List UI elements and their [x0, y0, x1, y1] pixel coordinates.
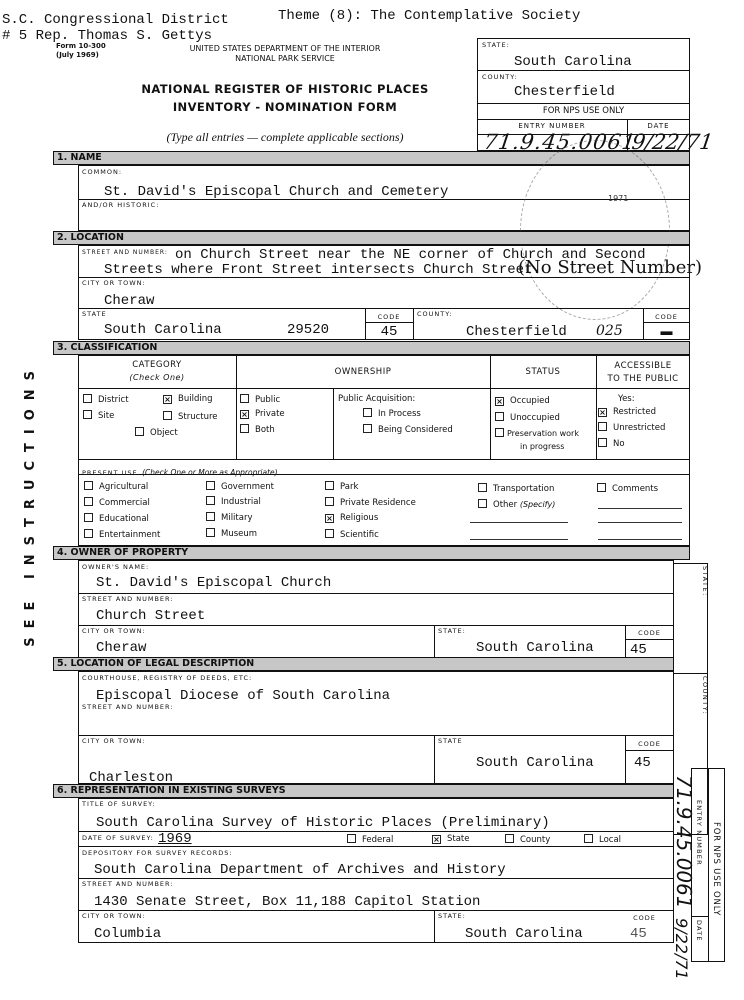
checkbox[interactable] [135, 427, 144, 436]
county-value: Chesterfield [466, 324, 567, 340]
owner-state-label: STATE: [438, 627, 466, 635]
checkbox[interactable] [84, 513, 93, 522]
city-value: Cheraw [104, 293, 154, 309]
nps-state-label: STATE: [482, 41, 510, 49]
owner-name-value: St. David's Episcopal Church [96, 575, 331, 591]
checkbox[interactable] [598, 438, 607, 447]
category-header: CATEGORY [78, 360, 236, 370]
use-agricultural-option[interactable]: Agricultural [84, 481, 148, 492]
use-entertainment-option[interactable]: Entertainment [84, 529, 160, 540]
county-code-struck: ▬ [643, 324, 690, 338]
form-title-line2: INVENTORY - NOMINATION FORM [110, 100, 460, 114]
present-use-label: PRESENT USE [82, 469, 138, 477]
checkbox-checked[interactable]: × [495, 397, 504, 406]
checkbox[interactable] [325, 529, 334, 538]
category-site-option[interactable]: Site [83, 410, 114, 421]
checkbox[interactable] [495, 428, 504, 437]
acquisition-being-considered-option[interactable]: Being Considered [363, 424, 453, 435]
checkbox[interactable] [584, 834, 593, 843]
depository-value: South Carolina Department of Archives an… [94, 862, 506, 878]
checkbox[interactable] [84, 529, 93, 538]
legal-code-label: CODE [625, 740, 674, 748]
checkbox[interactable] [347, 834, 356, 843]
nps-county-value: Chesterfield [514, 84, 615, 100]
margin-entry-number-handwritten: 71.9.45.0061 [672, 775, 696, 909]
accessible-unrestricted-option[interactable]: Unrestricted [598, 422, 665, 433]
nps-entry-number-label: ENTRY NUMBER [477, 122, 627, 130]
category-building-option[interactable]: ×Building [163, 394, 212, 404]
accessible-no-option[interactable]: No [598, 438, 625, 449]
accessible-yes-label: Yes: [618, 394, 635, 404]
depository-label: DEPOSITORY FOR SURVEY RECORDS: [82, 849, 233, 857]
accessible-header-2: TO THE PUBLIC [596, 374, 690, 384]
checkbox[interactable] [206, 528, 215, 537]
status-unoccupied-option[interactable]: Unoccupied [495, 412, 560, 423]
acquisition-in-process-option[interactable]: In Process [363, 408, 421, 419]
category-subheader: (Check One) [78, 373, 236, 382]
city-label: CITY OR TOWN: [82, 279, 146, 287]
legal-state-value: South Carolina [476, 755, 594, 771]
state-value: South Carolina [104, 322, 222, 338]
section-4-header: 4. OWNER OF PROPERTY [53, 546, 690, 560]
survey-state-value: South Carolina [465, 926, 583, 942]
category-district-option[interactable]: District [83, 394, 129, 405]
checkbox[interactable] [206, 496, 215, 505]
section-2-header: 2. LOCATION [53, 231, 690, 245]
checkbox[interactable] [598, 422, 607, 431]
street-handwritten-note: (No Street Number) [518, 257, 702, 278]
survey-federal-option[interactable]: Federal [347, 834, 393, 845]
status-header: STATUS [490, 367, 596, 377]
nps-county-label: COUNTY: [482, 73, 518, 81]
legal-city-label: CITY OR TOWN: [82, 737, 146, 745]
checkbox[interactable] [83, 410, 92, 419]
survey-state-option[interactable]: ×State [432, 834, 470, 844]
checkbox[interactable] [325, 497, 334, 506]
theme-annotation: Theme (8): The Contemplative Society [278, 8, 580, 24]
common-name-value: St. David's Episcopal Church and Cemeter… [104, 184, 448, 200]
ownership-both-option[interactable]: Both [240, 424, 275, 435]
checkbox[interactable] [84, 481, 93, 490]
present-use-heading: PRESENT USE (Check One or More as Approp… [82, 462, 278, 480]
public-acquisition-label: Public Acquisition: [338, 394, 415, 404]
street-number-label: STREET AND NUMBER: [82, 249, 168, 256]
checkbox[interactable] [363, 408, 372, 417]
survey-title-value: South Carolina Survey of Historic Places… [96, 815, 550, 831]
use-comments-option[interactable]: Comments [597, 483, 658, 494]
see-instructions-vertical: SEE INSTRUCTIONS [23, 362, 38, 647]
survey-code-value: 45 [630, 926, 647, 942]
owner-street-label: STREET AND NUMBER: [82, 595, 174, 603]
margin-nps-use-only-label: FOR NPS USE ONLY [711, 822, 721, 916]
section-5-header: 5. LOCATION OF LEGAL DESCRIPTION [53, 657, 674, 671]
nps-use-only-label: FOR NPS USE ONLY [477, 106, 690, 116]
form-instructions: (Type all entries — complete applicable … [110, 130, 460, 145]
use-private-residence-option[interactable]: Private Residence [325, 497, 416, 508]
nps-date-label: DATE [627, 122, 690, 130]
owner-code-value: 45 [630, 642, 647, 658]
checkbox[interactable] [163, 411, 172, 420]
checkbox[interactable] [84, 497, 93, 506]
use-scientific-option[interactable]: Scientific [325, 529, 379, 540]
status-preservation-line2: in progress [520, 442, 564, 451]
survey-state-label: STATE: [438, 912, 466, 920]
checkbox-checked[interactable]: × [598, 408, 607, 417]
category-object-option[interactable]: Object [135, 427, 178, 438]
use-government-option[interactable]: Government [206, 481, 274, 492]
legal-state-label: STATE [438, 737, 463, 745]
legal-code-value: 45 [634, 755, 651, 771]
survey-date-label: DATE OF SURVEY: [82, 834, 154, 842]
historic-name-label: AND/OR HISTORIC: [82, 201, 159, 209]
margin-date-handwritten: 9/22/71 [672, 918, 691, 980]
section-3-header: 3. CLASSIFICATION [53, 341, 690, 355]
street-line2-value: Streets where Front Street intersects Ch… [104, 262, 541, 278]
county-code-handwritten: 025 [596, 323, 623, 339]
survey-county-option[interactable]: County [505, 834, 550, 845]
checkbox-checked[interactable]: × [325, 514, 334, 523]
use-park-option[interactable]: Park [325, 481, 358, 492]
county-label: COUNTY: [417, 310, 453, 318]
status-occupied-option[interactable]: ×Occupied [495, 396, 550, 406]
checkbox[interactable] [478, 483, 487, 492]
checkbox-checked[interactable]: × [432, 835, 441, 844]
survey-local-option[interactable]: Local [584, 834, 621, 845]
checkbox[interactable] [505, 834, 514, 843]
checkbox[interactable] [597, 483, 606, 492]
state-code-value: 45 [365, 324, 413, 340]
form-number: Form 10-300 [56, 42, 106, 50]
checkbox[interactable] [83, 394, 92, 403]
courthouse-value: Episcopal Diocese of South Carolina [96, 688, 390, 704]
ownership-private-option[interactable]: ×Private [240, 409, 285, 419]
use-educational-option[interactable]: Educational [84, 513, 149, 524]
district-annotation-line1: S.C. Congressional District [2, 12, 229, 28]
use-transportation-option[interactable]: Transportation [478, 483, 554, 494]
survey-date-value: 1969 [158, 831, 192, 847]
use-religious-option[interactable]: ×Religious [325, 513, 378, 523]
nps-state-value: South Carolina [514, 54, 632, 70]
district-annotation-line2: # 5 Rep. Thomas S. Gettys [2, 28, 212, 44]
use-industrial-option[interactable]: Industrial [206, 496, 261, 507]
ownership-public-option[interactable]: Public [240, 394, 280, 405]
owner-state-value: South Carolina [476, 640, 594, 656]
checkbox[interactable] [240, 424, 249, 433]
form-title-line1: NATIONAL REGISTER OF HISTORIC PLACES [110, 82, 460, 96]
use-other-option[interactable]: Other (Specify) [478, 499, 555, 510]
zip-value: 29520 [287, 322, 329, 338]
survey-street-label: STREET AND NUMBER: [82, 880, 174, 888]
status-preservation-option[interactable]: Preservation work [495, 428, 579, 438]
accessible-restricted-option[interactable]: ×Restricted [598, 407, 656, 417]
checkbox[interactable] [325, 481, 334, 490]
checkbox[interactable] [206, 481, 215, 490]
county-code-label: CODE [643, 313, 690, 321]
survey-title-label: TITLE OF SURVEY: [82, 800, 155, 808]
use-museum-option[interactable]: Museum [206, 528, 257, 539]
owner-city-label: CITY OR TOWN: [82, 627, 146, 635]
survey-city-label: CITY OR TOWN: [82, 912, 146, 920]
ownership-header: OWNERSHIP [236, 367, 490, 377]
use-military-option[interactable]: Military [206, 512, 253, 523]
margin-state-label: STATE: [701, 566, 709, 597]
checkbox[interactable] [240, 394, 249, 403]
checkbox[interactable] [206, 512, 215, 521]
checkbox[interactable] [363, 424, 372, 433]
form-date: (July 1969) [56, 51, 99, 59]
legal-street-label: STREET AND NUMBER: [82, 703, 174, 711]
common-name-label: COMMON: [82, 168, 122, 176]
checkbox-checked[interactable]: × [240, 410, 249, 419]
state-code-label: CODE [365, 313, 413, 321]
category-structure-option[interactable]: Structure [163, 411, 218, 422]
accessible-header-1: ACCESSIBLE [596, 361, 690, 371]
survey-street-value: 1430 Senate Street, Box 11,188 Capitol S… [94, 894, 480, 910]
service-title: NATIONAL PARK SERVICE [150, 54, 420, 63]
department-title: UNITED STATES DEPARTMENT OF THE INTERIOR [150, 44, 420, 53]
owner-code-label: CODE [625, 629, 674, 637]
use-commercial-option[interactable]: Commercial [84, 497, 150, 508]
margin-entry-number-label: ENTRY NUMBER [695, 800, 703, 866]
owner-city-value: Cheraw [96, 640, 146, 656]
owner-street-value: Church Street [96, 608, 205, 624]
checkbox[interactable] [478, 499, 487, 508]
survey-code-label: CODE [620, 914, 669, 922]
checkbox-checked[interactable]: × [163, 395, 172, 404]
owner-name-label: OWNER'S NAME: [82, 563, 149, 571]
survey-city-value: Columbia [94, 926, 161, 942]
margin-date-label: DATE [695, 920, 703, 942]
margin-county-label: COUNTY: [701, 676, 709, 715]
present-use-hint: (Check One or More as Appropriate) [142, 468, 277, 477]
state-label: STATE [82, 310, 107, 318]
checkbox[interactable] [495, 412, 504, 421]
courthouse-label: COURTHOUSE, REGISTRY OF DEEDS, ETC: [82, 674, 252, 682]
section-6-header: 6. REPRESENTATION IN EXISTING SURVEYS [53, 784, 674, 798]
